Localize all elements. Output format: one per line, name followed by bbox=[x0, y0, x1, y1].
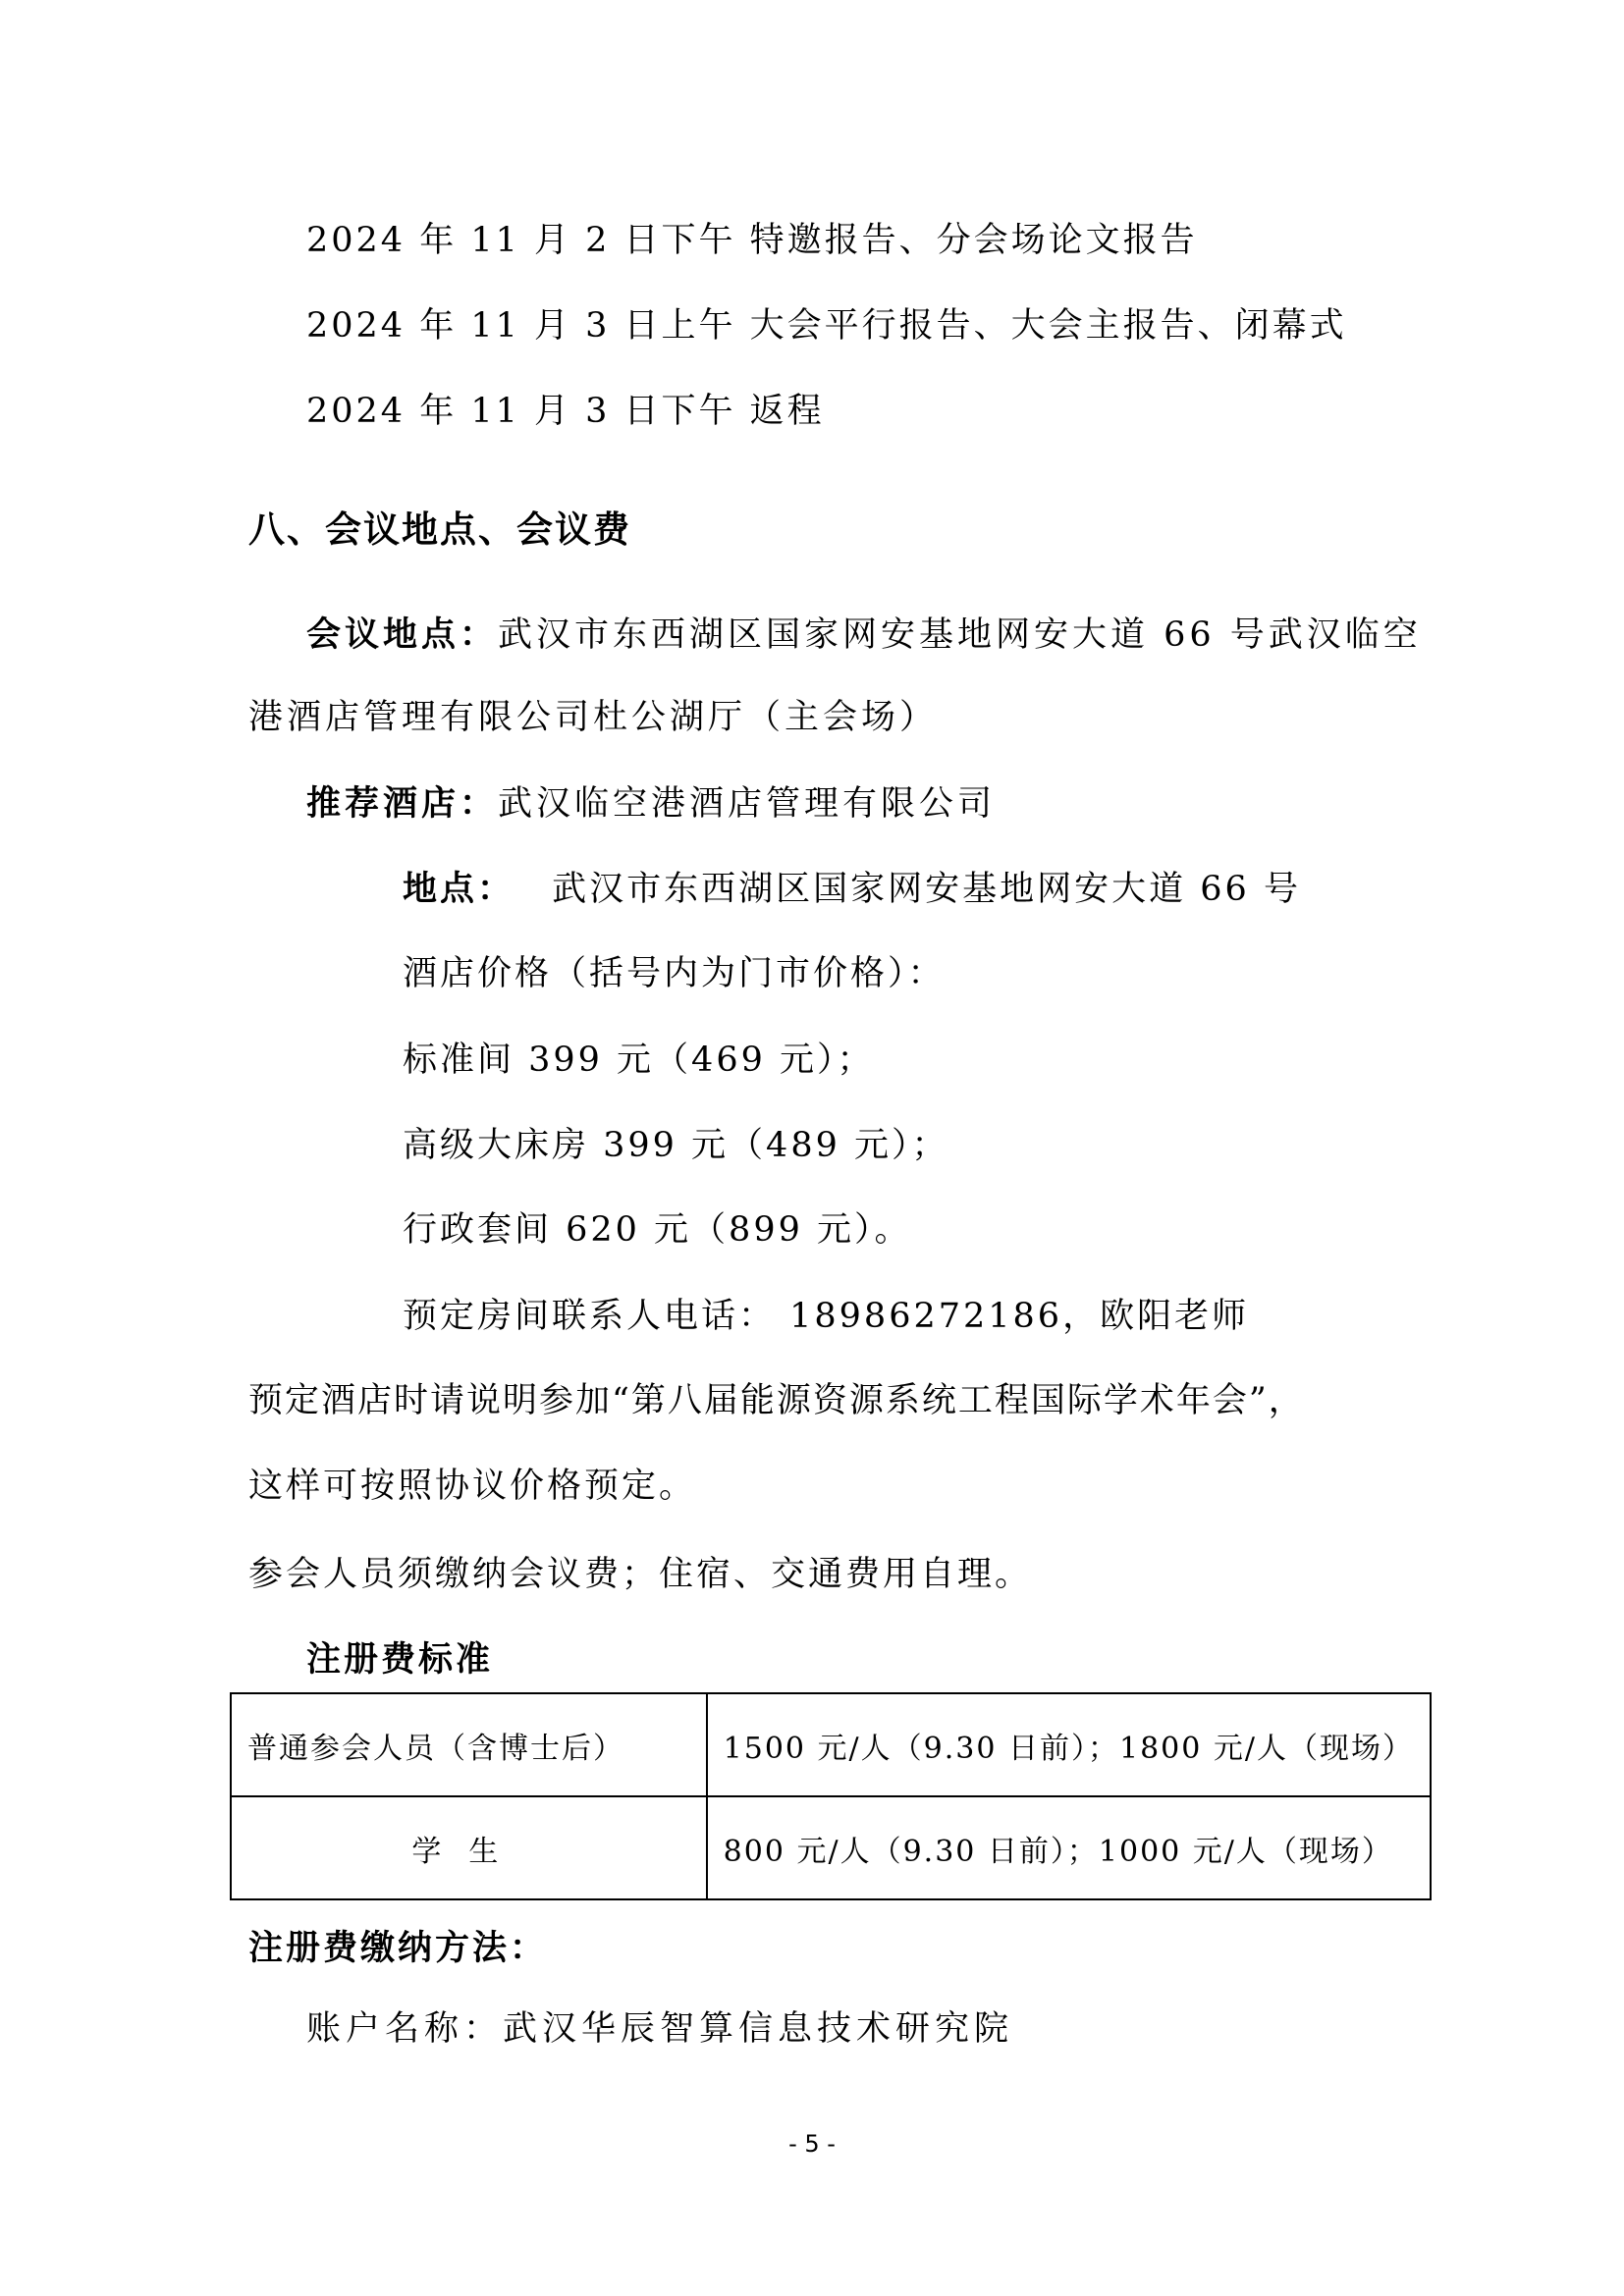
schedule-date: 2024 年 11 月 2 日下午 bbox=[306, 221, 736, 260]
page-number: - 5 - bbox=[0, 2130, 1624, 2158]
account-label: 账户名称： bbox=[306, 2009, 503, 2049]
price-standard-room: 标准间 399 元（469 元）； bbox=[403, 1041, 875, 1080]
table-row: 学生 800 元/人（9.30 日前）；1000 元/人（现场） bbox=[231, 1796, 1431, 1899]
venue-line-1: 会议地点：武汉市东西湖区国家网安基地网安大道 66 号武汉临空 bbox=[306, 615, 1422, 655]
price-intro: 酒店价格（括号内为门市价格）： bbox=[403, 954, 946, 993]
schedule-item: 大会平行报告、大会主报告、闭幕式 bbox=[750, 306, 1347, 346]
hotel-label: 推荐酒店： bbox=[306, 784, 498, 824]
venue-line-2: 港酒店管理有限公司杜公湖厅（主会场） bbox=[248, 698, 938, 737]
payment-title: 注册费缴纳方法： bbox=[248, 1929, 547, 1968]
schedule-item: 返程 bbox=[750, 392, 825, 431]
hotel-name: 武汉临空港酒店管理有限公司 bbox=[498, 784, 996, 824]
price-executive-suite: 行政套间 620 元（899 元）。 bbox=[403, 1210, 912, 1250]
section-heading: 八、会议地点、会议费 bbox=[248, 510, 631, 550]
address-text: 武汉市东西湖区国家网安基地网安大道 66 号 bbox=[552, 870, 1301, 909]
booking-contact: 预定房间联系人电话： 18986272186，欧阳老师 bbox=[403, 1297, 1249, 1336]
booking-note-2: 这样可按照协议价格预定。 bbox=[248, 1467, 696, 1506]
schedule-line-2: 2024 年 11 月 3 日上午 大会平行报告、大会主报告、闭幕式 bbox=[306, 306, 1347, 346]
schedule-line-3: 2024 年 11 月 3 日下午 返程 bbox=[306, 392, 825, 431]
address-label: 地点： bbox=[403, 870, 514, 909]
address-line: 地点： 武汉市东西湖区国家网安基地网安大道 66 号 bbox=[403, 870, 1301, 909]
fee-standard-title: 注册费标准 bbox=[306, 1640, 493, 1680]
venue-label: 会议地点： bbox=[306, 615, 498, 655]
schedule-date: 2024 年 11 月 3 日上午 bbox=[306, 306, 736, 346]
fee-category: 普通参会人员（含博士后） bbox=[231, 1693, 707, 1796]
fee-table: 普通参会人员（含博士后） 1500 元/人（9.30 日前）；1800 元/人（… bbox=[230, 1692, 1432, 1900]
schedule-line-1: 2024 年 11 月 2 日下午 特邀报告、分会场论文报告 bbox=[306, 221, 1198, 260]
fee-note: 参会人员须缴纳会议费；住宿、交通费用自理。 bbox=[248, 1555, 1032, 1594]
schedule-date: 2024 年 11 月 3 日下午 bbox=[306, 392, 736, 431]
account-line: 账户名称：武汉华辰智算信息技术研究院 bbox=[306, 2009, 1013, 2049]
fee-amount: 800 元/人（9.30 日前）；1000 元/人（现场） bbox=[707, 1796, 1431, 1899]
table-row: 普通参会人员（含博士后） 1500 元/人（9.30 日前）；1800 元/人（… bbox=[231, 1693, 1431, 1796]
fee-category: 学生 bbox=[231, 1796, 707, 1899]
fee-amount: 1500 元/人（9.30 日前）；1800 元/人（现场） bbox=[707, 1693, 1431, 1796]
account-name: 武汉华辰智算信息技术研究院 bbox=[503, 2009, 1013, 2049]
venue-text: 武汉市东西湖区国家网安基地网安大道 66 号武汉临空 bbox=[498, 615, 1422, 655]
price-deluxe-room: 高级大床房 399 元（489 元）； bbox=[403, 1126, 949, 1165]
schedule-item: 特邀报告、分会场论文报告 bbox=[750, 221, 1198, 260]
booking-note-1: 预定酒店时请说明参加“第八届能源资源系统工程国际学术年会”， bbox=[248, 1381, 1305, 1420]
hotel-line: 推荐酒店：武汉临空港酒店管理有限公司 bbox=[306, 784, 996, 824]
